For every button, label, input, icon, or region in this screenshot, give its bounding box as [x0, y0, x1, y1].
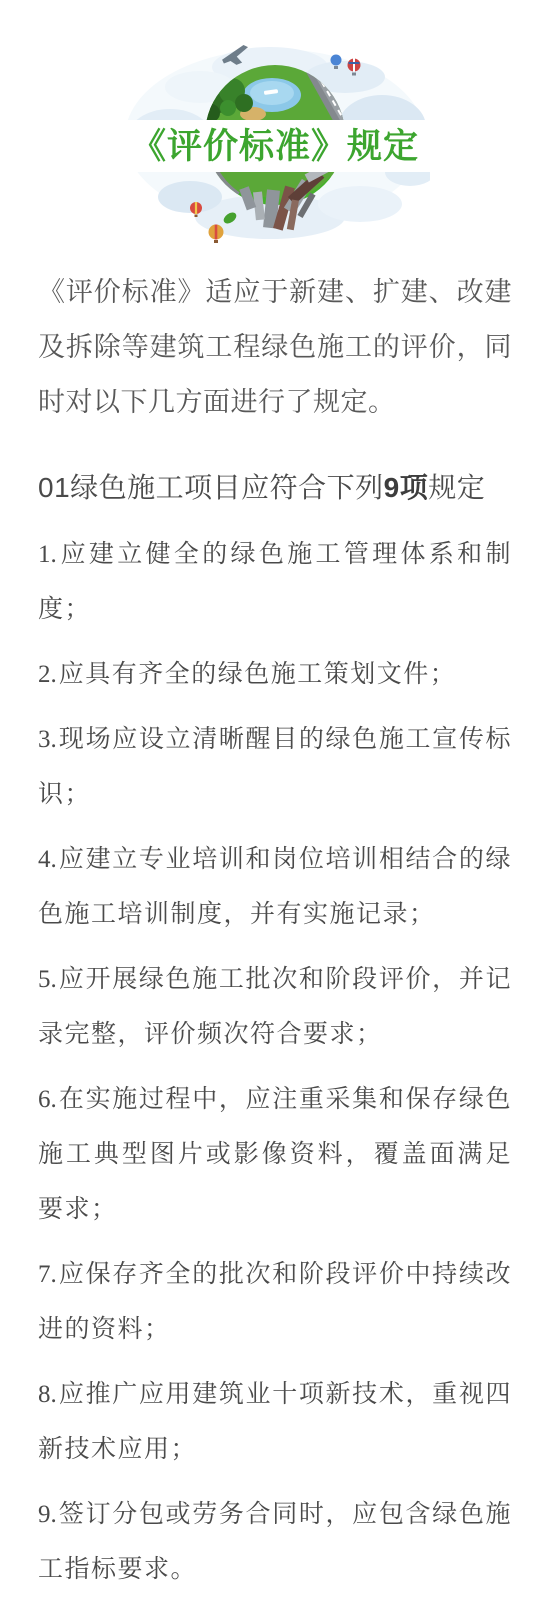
list-item-number: 8.: [38, 1381, 57, 1408]
page-title: 《评价标准》规定: [131, 129, 419, 164]
list-item: 2.应具有齐全的绿色施工策划文件；: [38, 647, 512, 702]
list-item-text: 应开展绿色施工批次和阶段评价，并记录完整，评价频次符合要求；: [38, 966, 512, 1048]
list-item-number: 4.: [38, 846, 57, 873]
list-item-text: 应建立健全的绿色施工管理体系和制度；: [38, 541, 512, 623]
list-item-number: 9.: [38, 1501, 57, 1528]
list-item-number: 7.: [38, 1261, 57, 1288]
list-item-number: 1.: [38, 541, 57, 568]
title-banner: 《评价标准》规定: [0, 120, 550, 172]
intro-paragraph: 《评价标准》适应于新建、扩建、改建及拆除等建筑工程绿色施工的评价，同时对以下几方…: [38, 265, 512, 430]
list-item-number: 2.: [38, 661, 57, 688]
hero-banner: 《评价标准》规定: [0, 32, 550, 247]
list-item: 1.应建立健全的绿色施工管理体系和制度；: [38, 527, 512, 637]
section-heading-prefix: 01绿色施工项目应符合下列: [38, 472, 384, 503]
list-item-text: 现场应设立清晰醒目的绿色施工宣传标识；: [38, 726, 512, 808]
list-item-text: 应推广应用建筑业十项新技术，重视四新技术应用；: [38, 1381, 512, 1463]
list-item-text: 在实施过程中，应注重采集和保存绿色施工典型图片或影像资料，覆盖面满足要求；: [38, 1086, 512, 1223]
list-item-number: 3.: [38, 726, 57, 753]
regulation-list: 1.应建立健全的绿色施工管理体系和制度； 2.应具有齐全的绿色施工策划文件； 3…: [38, 527, 512, 1597]
list-item-text: 应保存齐全的批次和阶段评价中持续改进的资料；: [38, 1261, 512, 1343]
list-item-text: 应建立专业培训和岗位培训相结合的绿色施工培训制度，并有实施记录；: [38, 846, 512, 928]
list-item: 7.应保存齐全的批次和阶段评价中持续改进的资料；: [38, 1247, 512, 1357]
list-item: 5.应开展绿色施工批次和阶段评价，并记录完整，评价频次符合要求；: [38, 952, 512, 1062]
article-body: 《评价标准》适应于新建、扩建、改建及拆除等建筑工程绿色施工的评价，同时对以下几方…: [0, 265, 550, 1597]
list-item: 9.签订分包或劳务合同时，应包含绿色施工指标要求。: [38, 1487, 512, 1597]
list-item: 6.在实施过程中，应注重采集和保存绿色施工典型图片或影像资料，覆盖面满足要求；: [38, 1072, 512, 1237]
section-heading-emphasis: 9项: [384, 472, 429, 503]
list-item: 3.现场应设立清晰醒目的绿色施工宣传标识；: [38, 712, 512, 822]
section-heading: 01绿色施工项目应符合下列9项规定: [38, 467, 512, 509]
list-item-text: 签订分包或劳务合同时，应包含绿色施工指标要求。: [38, 1501, 512, 1583]
list-item-text: 应具有齐全的绿色施工策划文件；: [59, 661, 457, 688]
section-heading-suffix: 规定: [428, 472, 485, 503]
list-item-number: 6.: [38, 1086, 57, 1113]
list-item-number: 5.: [38, 966, 57, 993]
list-item: 4.应建立专业培训和岗位培训相结合的绿色施工培训制度，并有实施记录；: [38, 832, 512, 942]
list-item: 8.应推广应用建筑业十项新技术，重视四新技术应用；: [38, 1367, 512, 1477]
